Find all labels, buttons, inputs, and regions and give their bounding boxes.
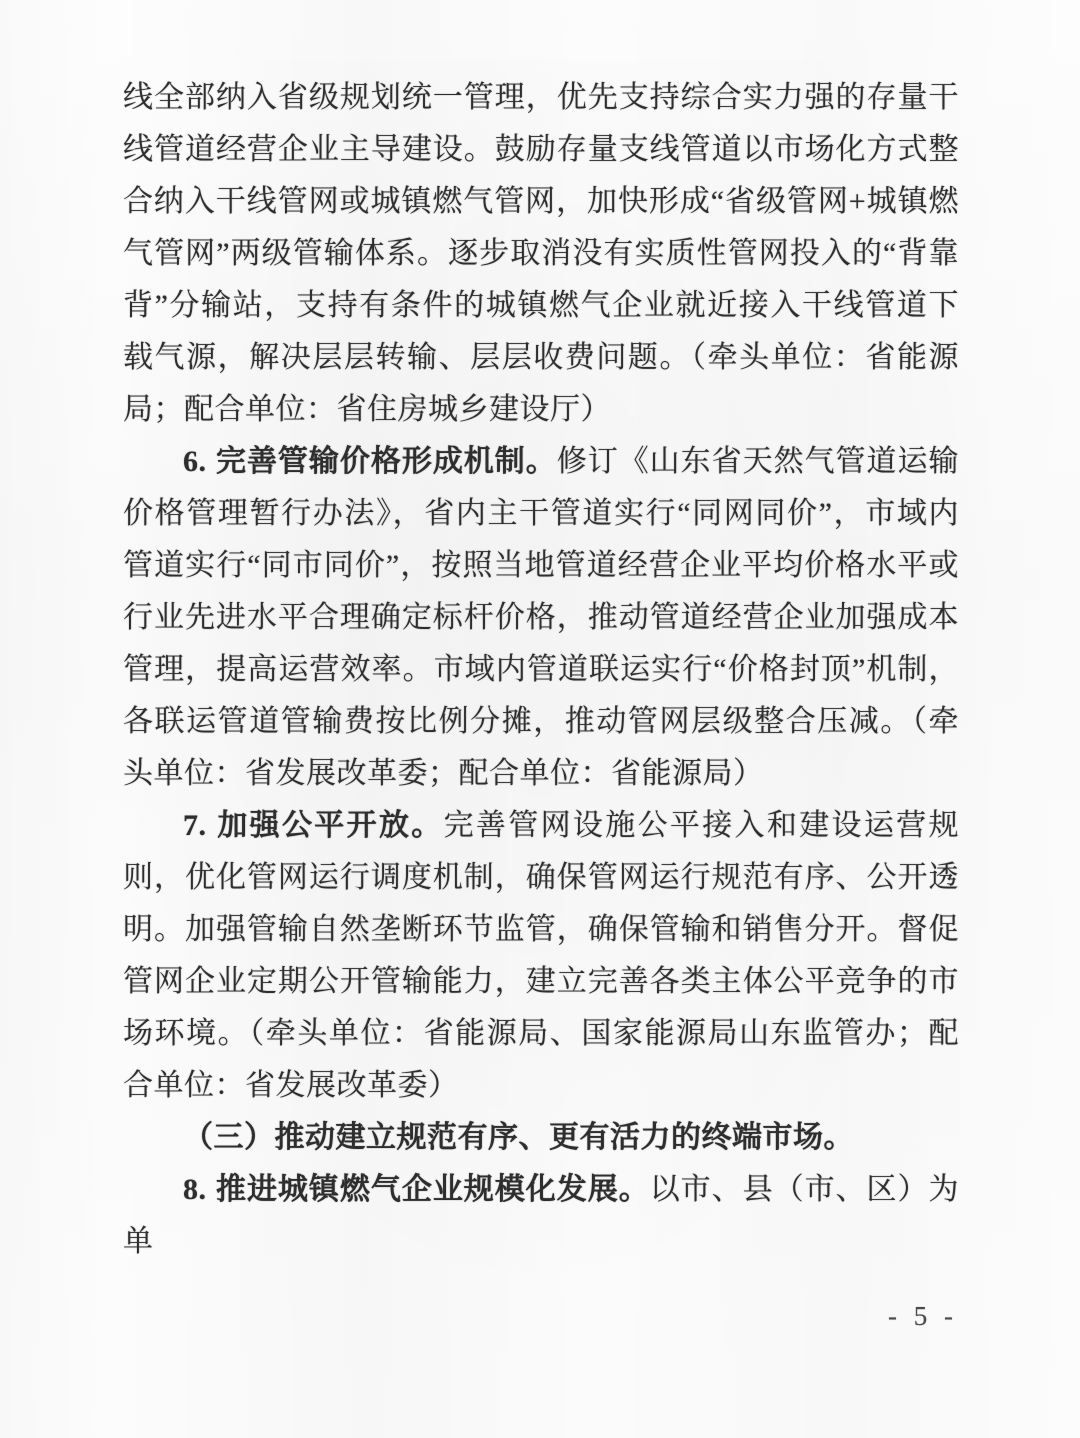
item-8-title: 推进城镇燃气企业规模化发展。 xyxy=(216,1173,650,1206)
item-8-lead: 8.推进城镇燃气企业规模化发展。 xyxy=(183,1173,650,1206)
item-6-lead: 6.完善管输价格形成机制。 xyxy=(183,445,557,478)
item-6-body: 修订《山东省天然气管道运输价格管理暂行办法》，省内主干管道实行“同网同价”，市域… xyxy=(123,445,959,790)
item-7-body: 完善管网设施公平接入和建设运营规则，优化管网运行调度机制，确保管网运行规范有序、… xyxy=(123,809,959,1102)
item-6-title: 完善管输价格形成机制。 xyxy=(216,445,557,478)
paragraph-item-6: 6.完善管输价格形成机制。修订《山东省天然气管道运输价格管理暂行办法》，省内主干… xyxy=(123,436,959,800)
item-7-title: 加强公平开放。 xyxy=(216,809,444,842)
document-body: 线全部纳入省级规划统一管理，优先支持综合实力强的存量干线管道经营企业主导建设。鼓… xyxy=(123,72,959,1268)
document-page: 线全部纳入省级规划统一管理，优先支持综合实力强的存量干线管道经营企业主导建设。鼓… xyxy=(0,0,1080,1438)
paragraph-item-8: 8.推进城镇燃气企业规模化发展。以市、县（市、区）为单 xyxy=(123,1164,959,1268)
item-7-lead: 7.加强公平开放。 xyxy=(183,809,444,842)
item-6-number: 6. xyxy=(183,445,207,478)
page-number: - 5 - xyxy=(888,1296,958,1336)
item-8-number: 8. xyxy=(183,1173,207,1206)
section-heading-3: （三）推动建立规范有序、更有活力的终端市场。 xyxy=(123,1112,959,1164)
item-7-number: 7. xyxy=(183,809,207,842)
paragraph-continuation: 线全部纳入省级规划统一管理，优先支持综合实力强的存量干线管道经营企业主导建设。鼓… xyxy=(123,72,959,436)
paragraph-item-7: 7.加强公平开放。完善管网设施公平接入和建设运营规则，优化管网运行调度机制，确保… xyxy=(123,800,959,1112)
